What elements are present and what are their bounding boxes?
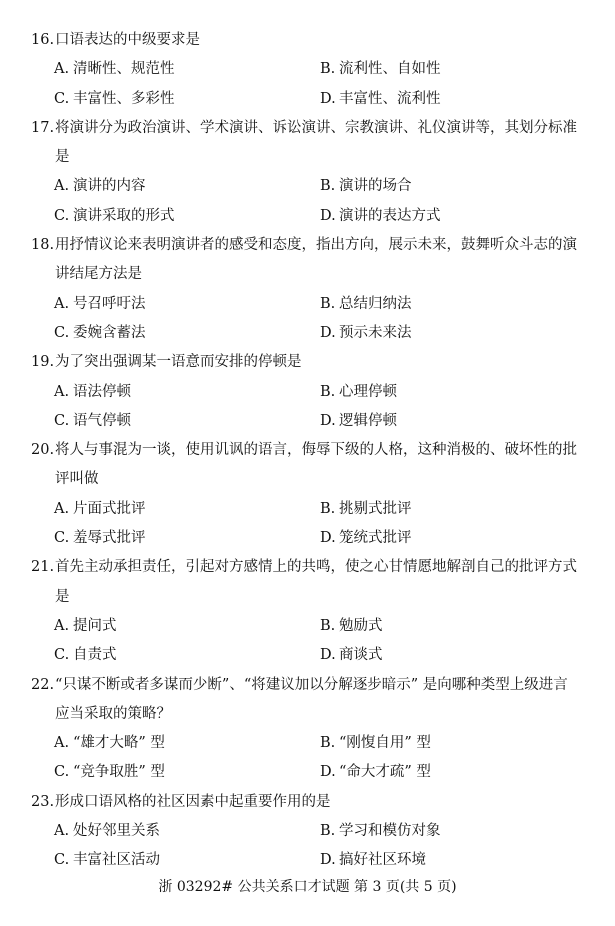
option-b: B.心理停顿 [320, 378, 397, 407]
question-number: 17. [31, 114, 55, 143]
question-text-continued: 是 [0, 583, 615, 612]
option-row: C.自责式 D.商谈式 [0, 641, 615, 670]
question-23: 23.形成口语风格的社区因素中起重要作用的是 A.处好邻里关系 B.学习和模仿对… [0, 788, 615, 876]
option-row: C.丰富社区活动 D.搞好社区环境 [0, 846, 615, 875]
option-row: A.语法停顿 B.心理停顿 [0, 378, 615, 407]
option-a: A.提问式 [54, 612, 117, 641]
question-text: 口语表达的中级要求是 [55, 32, 200, 48]
option-d: D.预示未来法 [320, 319, 412, 348]
question-number: 18. [31, 231, 55, 260]
option-row: A.号召呼吁法 B.总结归纳法 [0, 290, 615, 319]
option-b: B.挑剔式批评 [320, 495, 412, 524]
question-stem: 23.形成口语风格的社区因素中起重要作用的是 [0, 788, 615, 817]
option-row: A.处好邻里关系 B.学习和模仿对象 [0, 817, 615, 846]
option-a: A.片面式批评 [54, 495, 146, 524]
option-row: C.“竞争取胜” 型 D.“命大才疏” 型 [0, 758, 615, 787]
option-row: A.演讲的内容 B.演讲的场合 [0, 172, 615, 201]
option-row: A.清晰性、规范性 B.流利性、自如性 [0, 55, 615, 84]
option-row: C.委婉含蓄法 D.预示未来法 [0, 319, 615, 348]
option-d: D.演讲的表达方式 [320, 202, 441, 231]
option-a: A.“雄才大略” 型 [54, 729, 165, 758]
option-row: C.丰富性、多彩性 D.丰富性、流利性 [0, 85, 615, 114]
question-stem: 17.将演讲分为政治演讲、学术演讲、诉讼演讲、宗教演讲、礼仪演讲等，其划分标准 [0, 114, 615, 143]
question-stem: 20.将人与事混为一谈，使用讥讽的语言，侮辱下级的人格，这种消极的、破坏性的批 [0, 436, 615, 465]
option-row: A.提问式 B.勉励式 [0, 612, 615, 641]
question-21: 21.首先主动承担责任，引起对方感情上的共鸣，使之心甘情愿地解剖自己的批评方式 … [0, 553, 615, 670]
question-text-continued: 应当采取的策略？ [0, 700, 615, 729]
option-row: A.片面式批评 B.挑剔式批评 [0, 495, 615, 524]
option-c: C.丰富社区活动 [54, 846, 160, 875]
question-stem: 18.用抒情议论来表明演讲者的感受和态度，指出方向，展示未来，鼓舞听众斗志的演 [0, 231, 615, 260]
question-stem: 22.“只谋不断或者多谋而少断”、“将建议加以分解逐步暗示” 是向哪种类型上级进… [0, 671, 615, 700]
option-d: D.搞好社区环境 [320, 846, 426, 875]
option-row: C.语气停顿 D.逻辑停顿 [0, 407, 615, 436]
option-d: D.商谈式 [320, 641, 383, 670]
option-d: D.逻辑停顿 [320, 407, 397, 436]
option-b: B.勉励式 [320, 612, 383, 641]
question-text: 为了突出强调某一语意而安排的停顿是 [55, 354, 302, 370]
option-d: D.丰富性、流利性 [320, 85, 441, 114]
question-stem: 21.首先主动承担责任，引起对方感情上的共鸣，使之心甘情愿地解剖自己的批评方式 [0, 553, 615, 582]
option-b: B.学习和模仿对象 [320, 817, 441, 846]
option-c: C.羞辱式批评 [54, 524, 146, 553]
option-a: A.清晰性、规范性 [54, 55, 175, 84]
question-22: 22.“只谋不断或者多谋而少断”、“将建议加以分解逐步暗示” 是向哪种类型上级进… [0, 671, 615, 788]
option-b: B.流利性、自如性 [320, 55, 441, 84]
option-row: C.羞辱式批评 D.笼统式批评 [0, 524, 615, 553]
option-a: A.演讲的内容 [54, 172, 146, 201]
option-c: C.“竞争取胜” 型 [54, 758, 165, 787]
option-d: D.“命大才疏” 型 [320, 758, 431, 787]
question-number: 23. [31, 788, 55, 817]
option-b: B.“刚愎自用” 型 [320, 729, 431, 758]
question-stem: 19.为了突出强调某一语意而安排的停顿是 [0, 348, 615, 377]
question-text-continued: 讲结尾方法是 [0, 260, 615, 289]
question-text: “只谋不断或者多谋而少断”、“将建议加以分解逐步暗示” 是向哪种类型上级进言 [55, 677, 568, 693]
option-b: B.总结归纳法 [320, 290, 412, 319]
option-b: B.演讲的场合 [320, 172, 412, 201]
option-d: D.笼统式批评 [320, 524, 412, 553]
option-a: A.处好邻里关系 [54, 817, 160, 846]
question-text-continued: 是 [0, 143, 615, 172]
question-19: 19.为了突出强调某一语意而安排的停顿是 A.语法停顿 B.心理停顿 C.语气停… [0, 348, 615, 436]
option-c: C.丰富性、多彩性 [54, 85, 175, 114]
question-16: 16.口语表达的中级要求是 A.清晰性、规范性 B.流利性、自如性 C.丰富性、… [0, 26, 615, 114]
question-number: 20. [31, 436, 55, 465]
question-number: 21. [31, 553, 55, 582]
option-c: C.语气停顿 [54, 407, 131, 436]
option-c: C.自责式 [54, 641, 117, 670]
question-text: 将演讲分为政治演讲、学术演讲、诉讼演讲、宗教演讲、礼仪演讲等，其划分标准 [55, 120, 577, 136]
question-text: 将人与事混为一谈，使用讥讽的语言，侮辱下级的人格，这种消极的、破坏性的批 [55, 442, 577, 458]
question-number: 22. [31, 671, 55, 700]
exam-page: 16.口语表达的中级要求是 A.清晰性、规范性 B.流利性、自如性 C.丰富性、… [0, 26, 615, 876]
question-text: 形成口语风格的社区因素中起重要作用的是 [55, 794, 331, 810]
question-20: 20.将人与事混为一谈，使用讥讽的语言，侮辱下级的人格，这种消极的、破坏性的批 … [0, 436, 615, 553]
question-number: 16. [31, 26, 55, 55]
option-a: A.语法停顿 [54, 378, 131, 407]
question-number: 19. [31, 348, 55, 377]
question-text: 首先主动承担责任，引起对方感情上的共鸣，使之心甘情愿地解剖自己的批评方式 [55, 559, 577, 575]
question-text: 用抒情议论来表明演讲者的感受和态度，指出方向，展示未来，鼓舞听众斗志的演 [55, 237, 577, 253]
option-a: A.号召呼吁法 [54, 290, 146, 319]
question-text-continued: 评叫做 [0, 465, 615, 494]
option-row: C.演讲采取的形式 D.演讲的表达方式 [0, 202, 615, 231]
page-footer: 浙 03292# 公共关系口才试题 第 3 页(共 5 页) [0, 875, 615, 899]
option-row: A.“雄才大略” 型 B.“刚愎自用” 型 [0, 729, 615, 758]
question-18: 18.用抒情议论来表明演讲者的感受和态度，指出方向，展示未来，鼓舞听众斗志的演 … [0, 231, 615, 348]
option-c: C.演讲采取的形式 [54, 202, 175, 231]
option-c: C.委婉含蓄法 [54, 319, 146, 348]
question-stem: 16.口语表达的中级要求是 [0, 26, 615, 55]
question-17: 17.将演讲分为政治演讲、学术演讲、诉讼演讲、宗教演讲、礼仪演讲等，其划分标准 … [0, 114, 615, 231]
